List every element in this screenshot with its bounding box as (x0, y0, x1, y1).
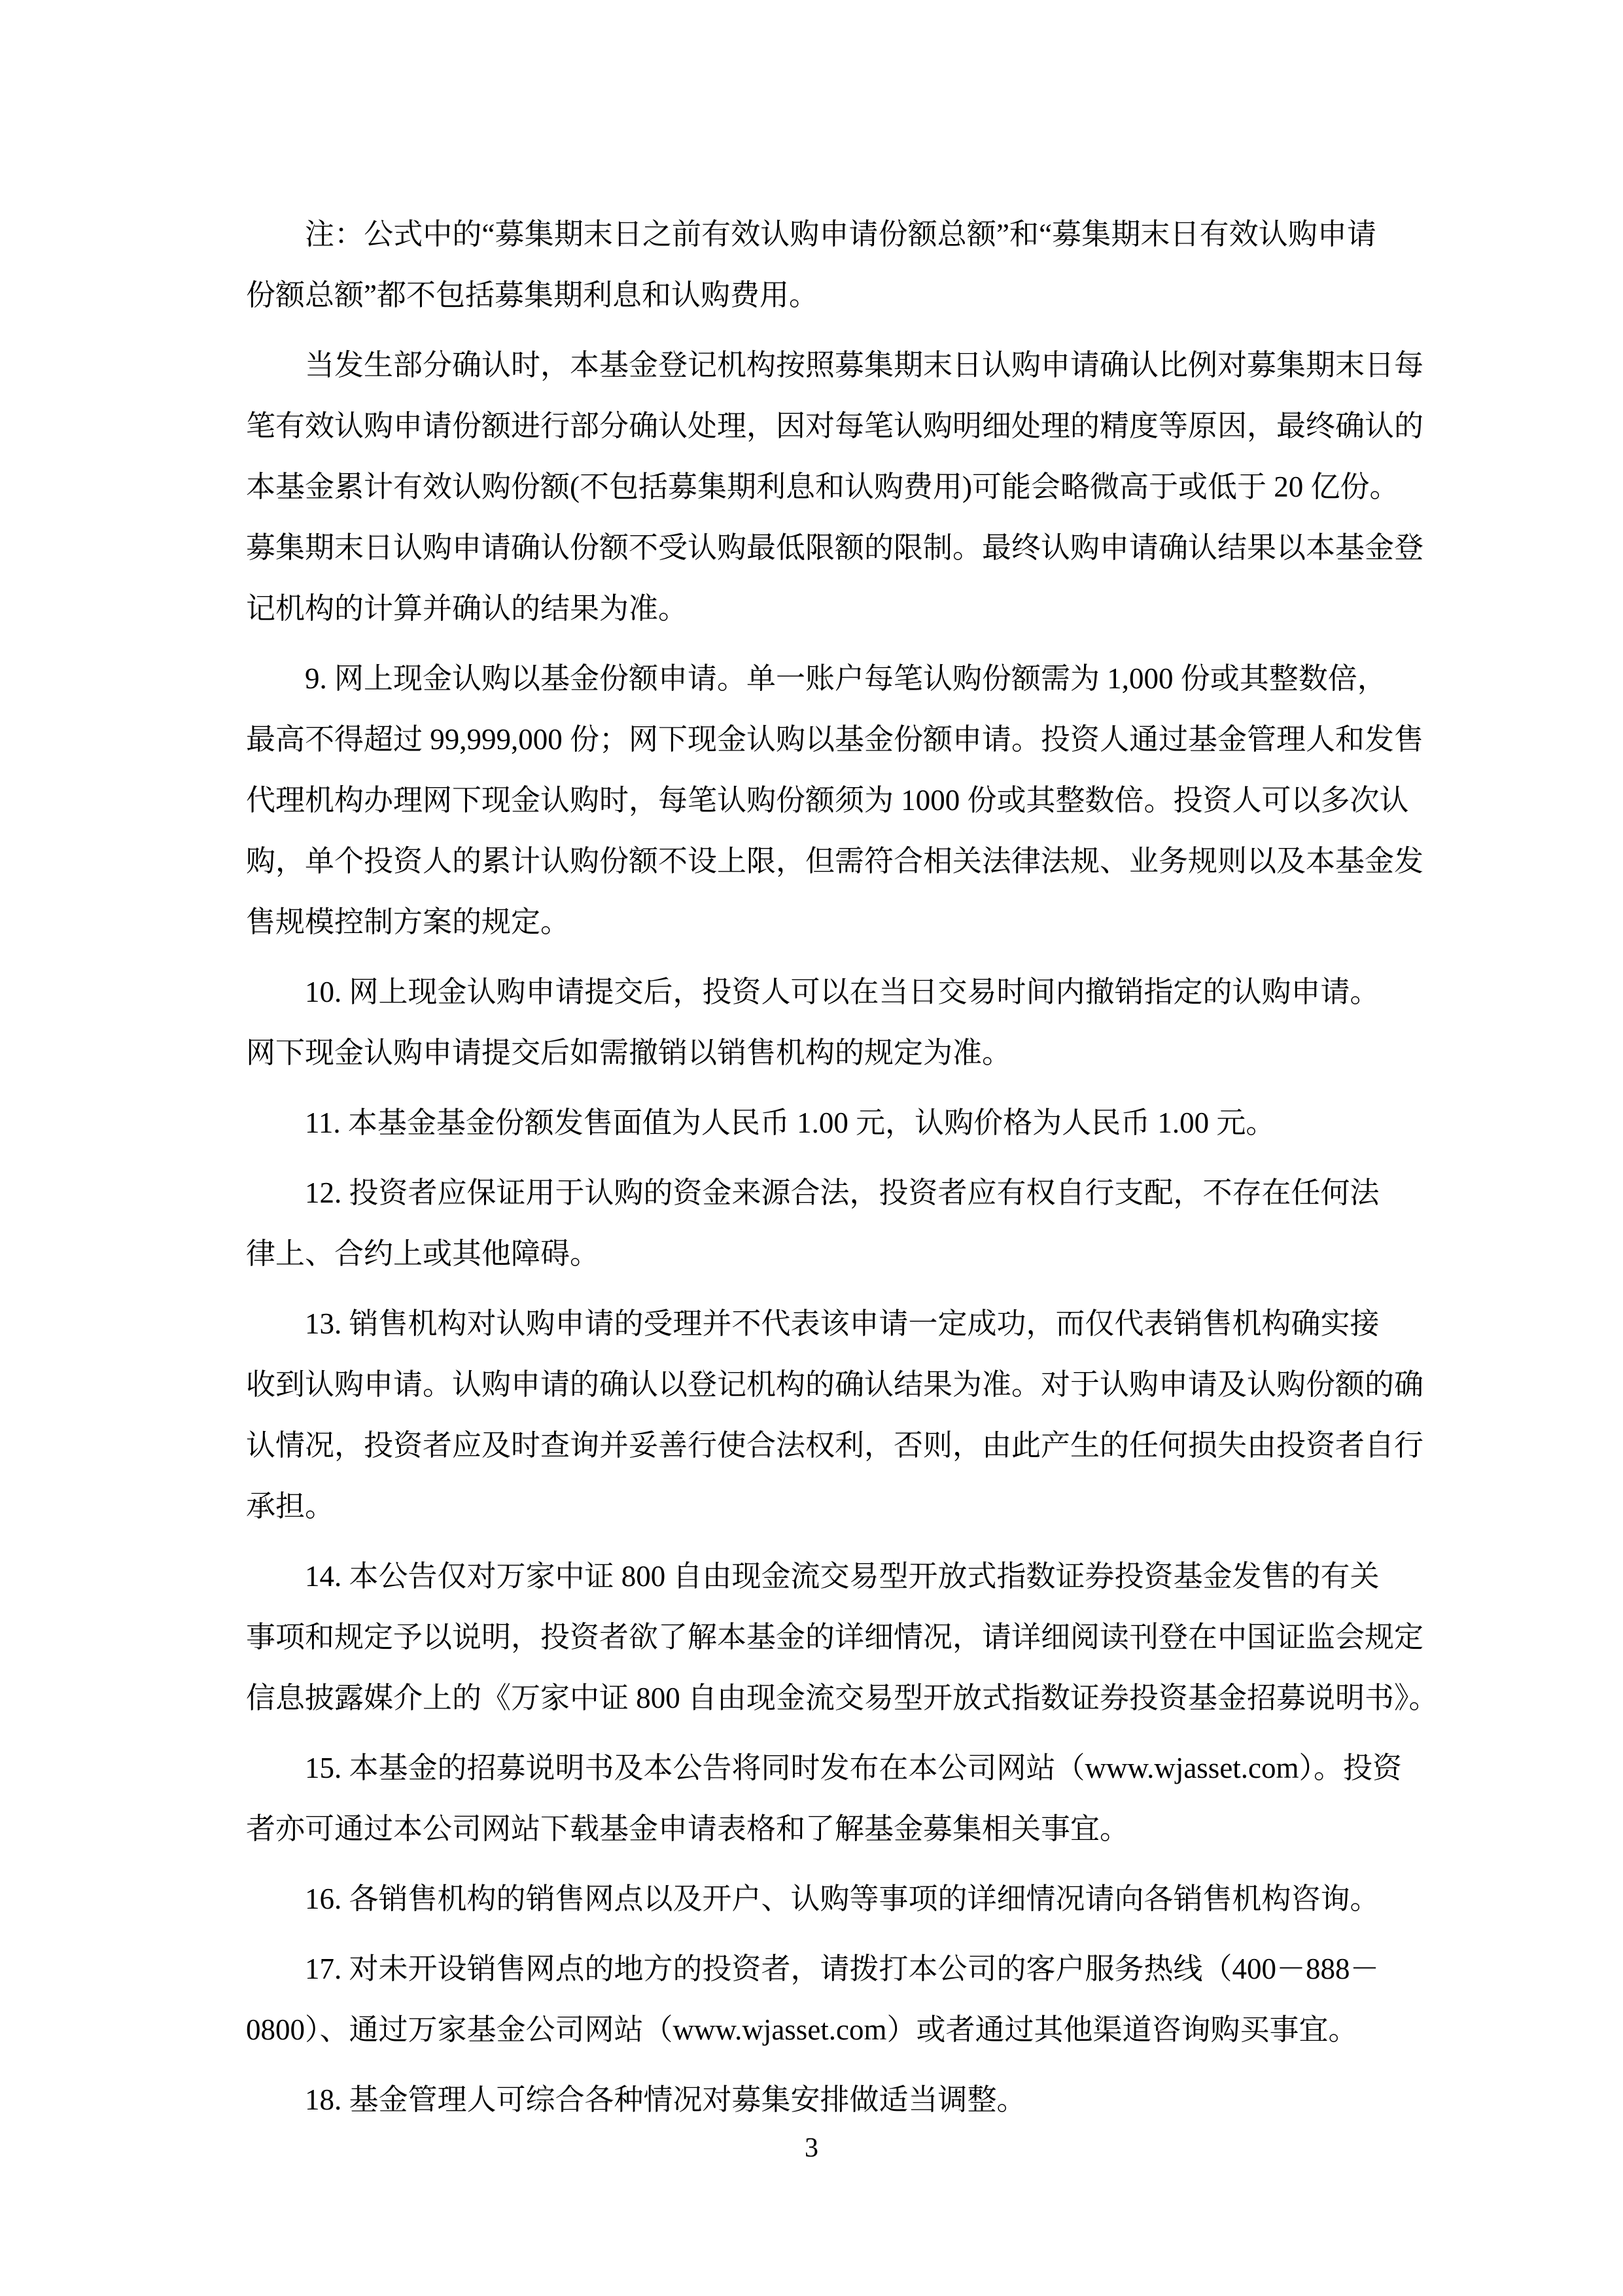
text-line: 11. 本基金基金份额发售面值为人民币 1.00 元，认购价格为人民币 1.00… (246, 1093, 1376, 1154)
paragraph-item-9: 9. 网上现金认购以基金份额申请。单一账户每笔认购份额需为 1,000 份或其整… (246, 648, 1376, 953)
paragraph-partial-confirmation: 当发生部分确认时，本基金登记机构按照募集期末日认购申请确认比例对募集期末日每 笔… (246, 335, 1376, 639)
text-line: 笔有效认购申请份额进行部分确认处理，因对每笔认购明细处理的精度等原因，最终确认的 (246, 396, 1376, 457)
paragraph-item-17: 17. 对未开设销售网点的地方的投资者，请拨打本公司的客户服务热线（400－88… (246, 1939, 1376, 2060)
page-number: 3 (0, 2132, 1623, 2164)
text-line: 售规模控制方案的规定。 (246, 892, 1376, 953)
text-line: 信息披露媒介上的《万家中证 800 自由现金流交易型开放式指数证券投资基金招募说… (246, 1668, 1376, 1729)
paragraph-item-14: 14. 本公告仅对万家中证 800 自由现金流交易型开放式指数证券投资基金发售的… (246, 1546, 1376, 1729)
text-line: 12. 投资者应保证用于认购的资金来源合法，投资者应有权自行支配，不存在任何法 (246, 1163, 1376, 1224)
paragraph-item-12: 12. 投资者应保证用于认购的资金来源合法，投资者应有权自行支配，不存在任何法 … (246, 1163, 1376, 1284)
text-line: 份额总额”都不包括募集期利息和认购费用。 (246, 265, 1376, 326)
text-line: 15. 本基金的招募说明书及本公告将同时发布在本公司网站（www.wjasset… (246, 1738, 1376, 1799)
paragraph-note: 注：公式中的“募集期末日之前有效认购申请份额总额”和“募集期末日有效认购申请 份… (246, 204, 1376, 326)
text-line: 者亦可通过本公司网站下载基金申请表格和了解基金募集相关事宜。 (246, 1799, 1376, 1860)
text-line: 17. 对未开设销售网点的地方的投资者，请拨打本公司的客户服务热线（400－88… (246, 1939, 1376, 2000)
text-line: 10. 网上现金认购申请提交后，投资人可以在当日交易时间内撤销指定的认购申请。 (246, 962, 1376, 1023)
text-line: 9. 网上现金认购以基金份额申请。单一账户每笔认购份额需为 1,000 份或其整… (246, 648, 1376, 709)
paragraph-item-15: 15. 本基金的招募说明书及本公告将同时发布在本公司网站（www.wjasset… (246, 1738, 1376, 1860)
text-line: 18. 基金管理人可综合各种情况对募集安排做适当调整。 (246, 2070, 1376, 2130)
text-line: 认情况，投资者应及时查询并妥善行使合法权利，否则，由此产生的任何损失由投资者自行 (246, 1415, 1376, 1476)
text-line: 当发生部分确认时，本基金登记机构按照募集期末日认购申请确认比例对募集期末日每 (246, 335, 1376, 396)
text-line: 代理机构办理网下现金认购时，每笔认购份额须为 1000 份或其整数倍。投资人可以… (246, 770, 1376, 831)
document-body: 注：公式中的“募集期末日之前有效认购申请份额总额”和“募集期末日有效认购申请 份… (246, 204, 1376, 2140)
paragraph-item-13: 13. 销售机构对认购申请的受理并不代表该申请一定成功，而仅代表销售机构确实接 … (246, 1294, 1376, 1537)
text-line: 记机构的计算并确认的结果为准。 (246, 578, 1376, 639)
paragraph-item-16: 16. 各销售机构的销售网点以及开户、认购等事项的详细情况请向各销售机构咨询。 (246, 1869, 1376, 1930)
paragraph-item-18: 18. 基金管理人可综合各种情况对募集安排做适当调整。 (246, 2070, 1376, 2130)
text-line: 购，单个投资人的累计认购份额不设上限，但需符合相关法律法规、业务规则以及本基金发 (246, 831, 1376, 892)
paragraph-item-11: 11. 本基金基金份额发售面值为人民币 1.00 元，认购价格为人民币 1.00… (246, 1093, 1376, 1154)
text-line: 14. 本公告仅对万家中证 800 自由现金流交易型开放式指数证券投资基金发售的… (246, 1546, 1376, 1607)
paragraph-item-10: 10. 网上现金认购申请提交后，投资人可以在当日交易时间内撤销指定的认购申请。 … (246, 962, 1376, 1084)
text-line: 收到认购申请。认购申请的确认以登记机构的确认结果为准。对于认购申请及认购份额的确 (246, 1354, 1376, 1415)
text-line: 本基金累计有效认购份额(不包括募集期利息和认购费用)可能会略微高于或低于 20 … (246, 457, 1376, 518)
text-line: 承担。 (246, 1476, 1376, 1537)
text-line: 事项和规定予以说明，投资者欲了解本基金的详细情况，请详细阅读刊登在中国证监会规定 (246, 1607, 1376, 1668)
text-line: 注：公式中的“募集期末日之前有效认购申请份额总额”和“募集期末日有效认购申请 (246, 204, 1376, 265)
text-line: 0800）、通过万家基金公司网站（www.wjasset.com）或者通过其他渠… (246, 2000, 1376, 2060)
text-line: 网下现金认购申请提交后如需撤销以销售机构的规定为准。 (246, 1023, 1376, 1084)
text-line: 最高不得超过 99,999,000 份；网下现金认购以基金份额申请。投资人通过基… (246, 709, 1376, 770)
text-line: 律上、合约上或其他障碍。 (246, 1224, 1376, 1284)
text-line: 募集期末日认购申请确认份额不受认购最低限额的限制。最终认购申请确认结果以本基金登 (246, 518, 1376, 578)
text-line: 13. 销售机构对认购申请的受理并不代表该申请一定成功，而仅代表销售机构确实接 (246, 1294, 1376, 1354)
text-line: 16. 各销售机构的销售网点以及开户、认购等事项的详细情况请向各销售机构咨询。 (246, 1869, 1376, 1930)
